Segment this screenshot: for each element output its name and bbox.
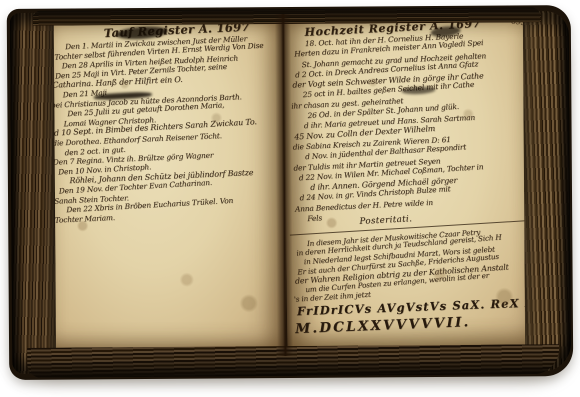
open-book: Js. X Tauf Register A. 1697 Den 1. Marti… xyxy=(7,5,574,380)
photo-scene: Js. X Tauf Register A. 1697 Den 1. Marti… xyxy=(0,0,580,397)
chronogram-year: M.DCLXXVVVVVII. xyxy=(295,314,471,337)
baptism-entries: Den 1. Martii in Zwickau zwischen Just d… xyxy=(49,35,286,225)
fore-edge-right xyxy=(523,11,572,371)
posteritati-note: In diesem Jahr ist der Muskowitische Cza… xyxy=(291,226,544,304)
posteritati-header: Posteritati. xyxy=(359,214,412,227)
fore-edge-left xyxy=(10,13,57,374)
left-page: Js. X Tauf Register A. 1697 Den 1. Marti… xyxy=(38,17,286,354)
page-edges-bottom xyxy=(27,344,559,378)
right-page: 893. X. Hochzeit Register A. 1697 18. Oc… xyxy=(282,13,543,350)
marriage-entries: 18. Oct. hat ihn der H. Cornelius H. Bay… xyxy=(289,31,544,225)
